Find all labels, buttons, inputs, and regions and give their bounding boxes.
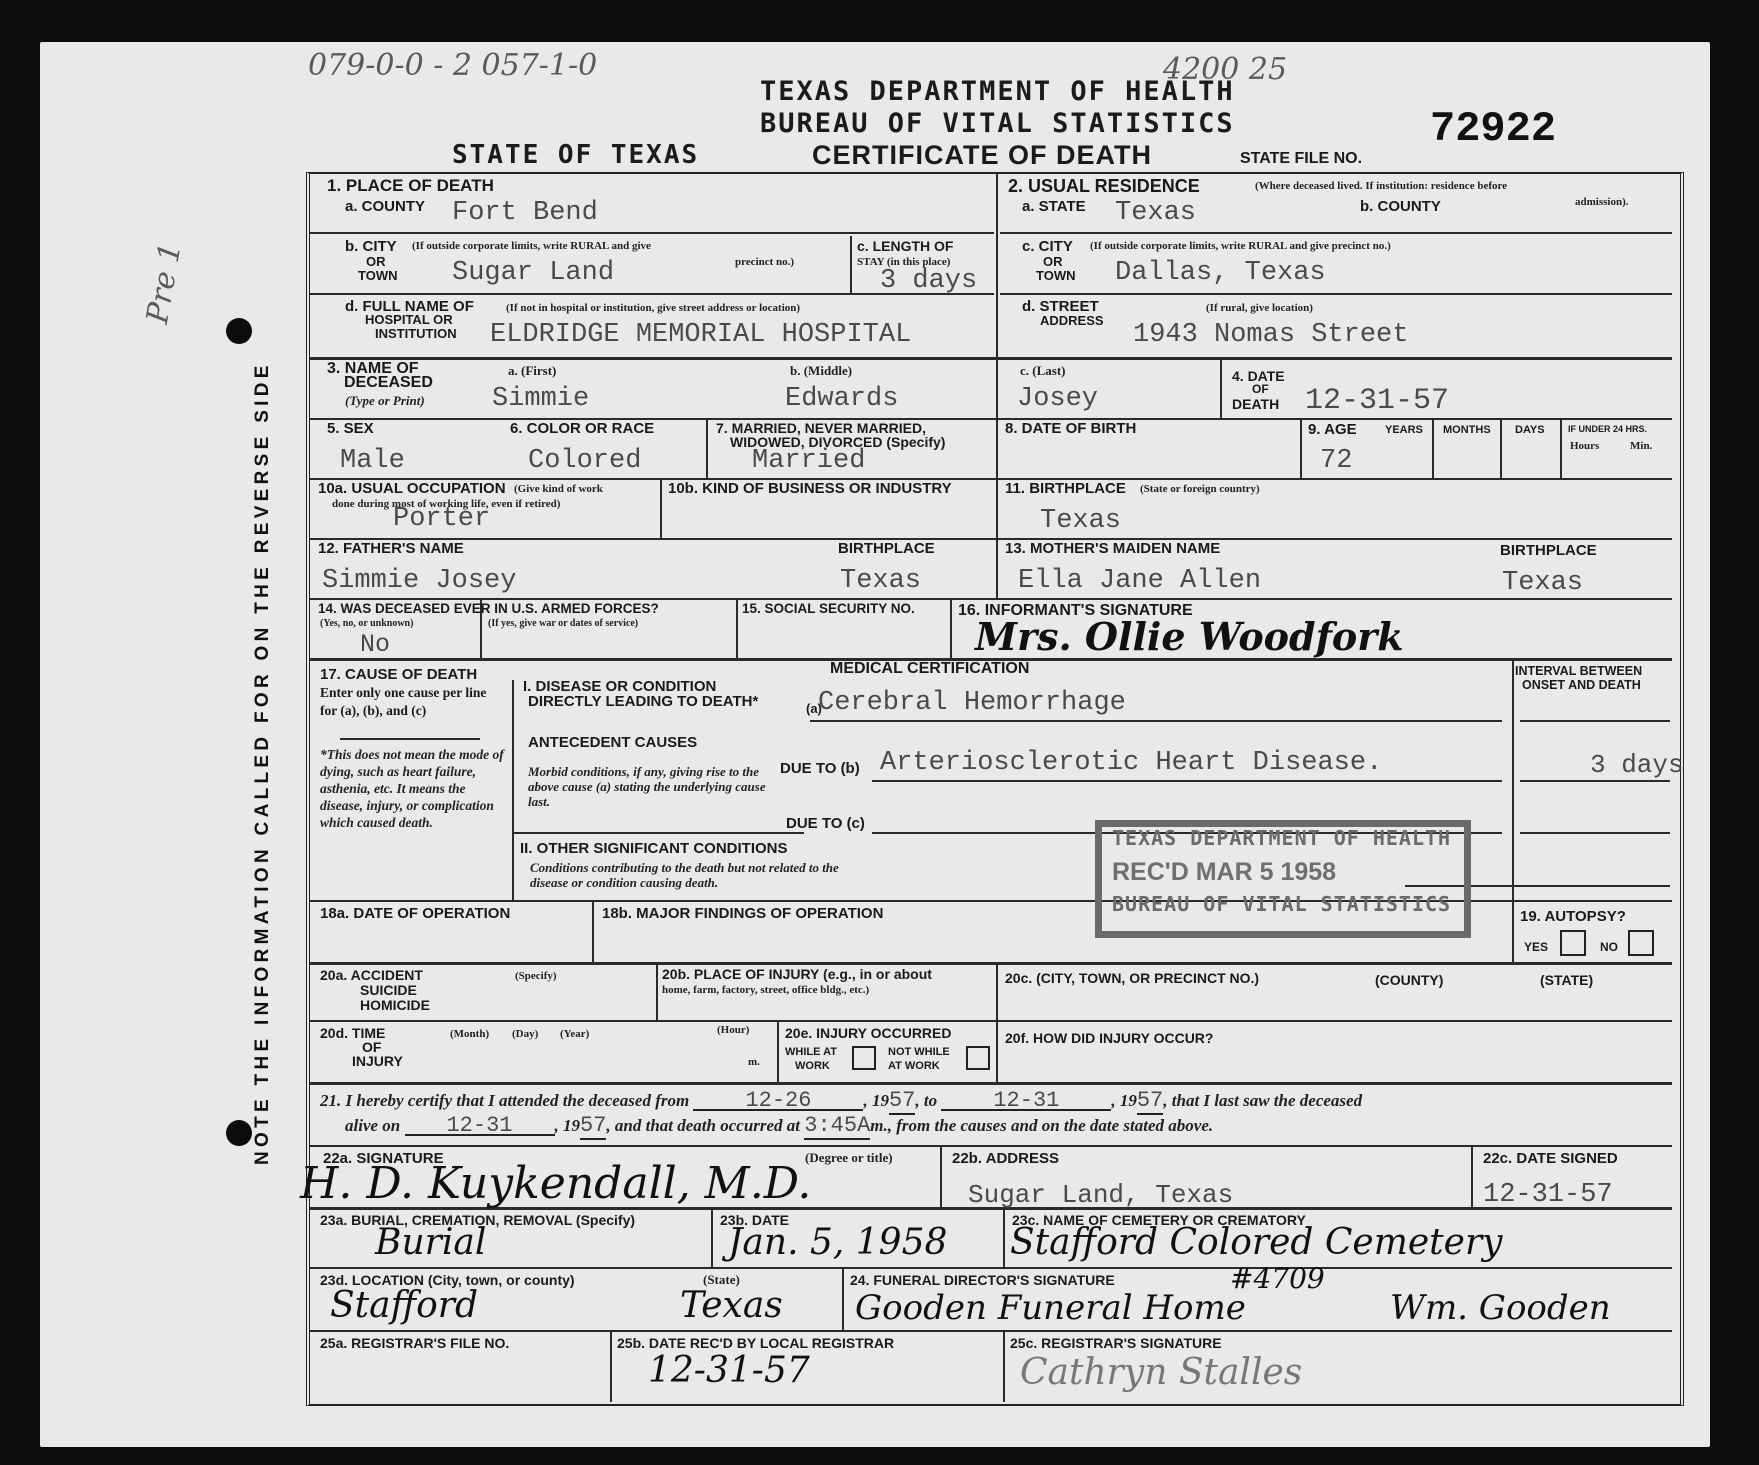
reverse-side-note: NOTE THE INFORMATION CALLED FOR ON THE R… [252,361,274,1165]
hospital-label-2: HOSPITAL OR [365,312,453,327]
degree-label: (Degree or title) [805,1150,893,1166]
armed-forces-label: 14. WAS DECEASED EVER IN U.S. ARMED FORC… [318,601,659,616]
first-name-field[interactable]: Simmie [492,384,589,414]
registrar-file-label: 25a. REGISTRAR'S FILE NO. [320,1335,509,1351]
armed-forces-field[interactable]: No [360,630,390,659]
interval-b-field[interactable]: 3 days [1590,750,1684,780]
mother-name-label: 13. MOTHER'S MAIDEN NAME [1005,540,1220,557]
header-state: STATE OF TEXAS [452,140,699,170]
first-name-label: a. (First) [508,363,556,379]
day-label: (Day) [512,1028,538,1040]
homicide-label: HOMICIDE [360,997,430,1013]
antecedent-note: Morbid conditions, if any, giving rise t… [528,764,778,809]
cause-footnote: *This does not mean the mode of dying, s… [320,746,505,831]
certify-line-1: 21. I hereby certify that I attended the… [320,1092,1362,1111]
informant-signature[interactable]: Mrs. Ollie Woodfork [975,614,1404,659]
res-state-field[interactable]: Texas [1115,198,1196,228]
city-note-2: precinct no.) [735,256,794,268]
hours-label: Hours [1570,440,1599,452]
while-at-work-label: WHILE AT [785,1046,837,1058]
armed-forces-note: (Yes, no, or unknown) [320,618,413,629]
accident-label: 20a. ACCIDENT [320,967,423,983]
usual-residence-note-2: admission). [1575,196,1629,208]
at-work-label: AT WORK [888,1060,940,1072]
m-label: m. [748,1056,760,1068]
suicide-label: SUICIDE [360,982,417,998]
autopsy-label: 19. AUTOPSY? [1520,908,1626,925]
last-name-field[interactable]: Josey [1017,384,1098,414]
town-label: TOWN [358,268,397,283]
age-years-field[interactable]: 72 [1320,446,1352,476]
mother-name-field[interactable]: Ella Jane Allen [1018,566,1261,596]
date-signed-label: 22c. DATE SIGNED [1483,1150,1618,1167]
funeral-director-signature[interactable]: Wm. Gooden [1390,1288,1611,1328]
place-of-death-heading: 1. PLACE OF DEATH [327,176,494,196]
not-while-at-work-label: NOT WHILE [888,1046,950,1058]
funeral-director-label: 24. FUNERAL DIRECTOR'S SIGNATURE [850,1272,1115,1288]
mother-birthplace-label: BIRTHPLACE [1500,542,1597,559]
last-seen-field[interactable]: 12-31 [405,1117,555,1136]
physician-address-field[interactable]: Sugar Land, Texas [968,1180,1233,1210]
registrar-signature-label: 25c. REGISTRAR'S SIGNATURE [1010,1335,1222,1351]
hospital-note: (If not in hospital or institution, give… [506,302,800,314]
header-department: TEXAS DEPARTMENT OF HEALTH [760,76,1235,107]
stamp-line-1: TEXAS DEPARTMENT OF HEALTH [1112,826,1451,850]
registrar-signature[interactable]: Cathryn Stalles [1020,1352,1302,1393]
under-24-label: IF UNDER 24 HRS. [1568,424,1647,434]
res-state-label: a. STATE [1022,198,1086,215]
operation-date-label: 18a. DATE OF OPERATION [320,905,510,922]
res-city-field[interactable]: Dallas, Texas [1115,258,1326,288]
years-label: YEARS [1385,424,1423,436]
cause-of-death-label: 17. CAUSE OF DEATH [320,666,477,683]
res-town-label: TOWN [1036,268,1075,283]
header-bureau: BUREAU OF VITAL STATISTICS [760,108,1235,139]
birthplace-field[interactable]: Texas [1040,506,1121,536]
certify-line-2: alive on 12-31, 1957, and that death occ… [345,1117,1213,1136]
other-conditions-label: II. OTHER SIGNIFICANT CONDITIONS [520,840,788,857]
interval-label: INTERVAL BETWEEN [1515,664,1642,678]
time-of-death-field[interactable]: 3:45A [804,1113,870,1140]
stamp-received-date: REC'D MAR 5 1958 [1112,858,1336,887]
burial-date-field[interactable]: Jan. 5, 1958 [728,1222,947,1263]
last-name-label: c. (Last) [1020,363,1066,379]
father-name-field[interactable]: Simmie Josey [322,566,516,596]
res-or-label: OR [1043,254,1063,269]
name-label-2: DECEASED [344,374,433,392]
res-county-label: b. COUNTY [1360,198,1441,215]
cause-c-label: DUE TO (c) [786,815,865,832]
marital-status-field[interactable]: Married [752,446,865,476]
handwritten-file-code: 079-0-0 - 2 057-1-0 [308,48,597,83]
punch-hole [226,1120,252,1146]
date-signed-field[interactable]: 12-31-57 [1483,1180,1613,1210]
year-label: (Year) [560,1028,589,1040]
county-label: a. COUNTY [345,198,425,215]
autopsy-yes-checkbox[interactable] [1560,930,1586,956]
month-label: (Month) [450,1028,489,1040]
cause-b-field[interactable]: Arteriosclerotic Heart Disease. [880,748,1382,778]
physician-address-label: 22b. ADDRESS [952,1150,1059,1167]
not-while-at-work-checkbox[interactable] [966,1046,990,1070]
race-field[interactable]: Colored [528,446,641,476]
armed-service-note: (If yes, give war or dates of service) [488,618,638,629]
cause-a-field[interactable]: Cerebral Hemorrhage [818,688,1126,718]
dod-label-3: DEATH [1232,396,1279,412]
attended-from-field[interactable]: 12-26 [693,1092,863,1111]
state-file-number: 72922 [1430,105,1556,153]
birthplace-note: (State or foreign country) [1140,483,1260,495]
death-county-field[interactable]: Fort Bend [452,198,598,228]
registrar-date-field[interactable]: 12-31-57 [648,1350,810,1391]
last-seen-year[interactable]: 57 [580,1113,606,1140]
race-label: 6. COLOR OR RACE [510,420,654,437]
antecedent-causes-label: ANTECEDENT CAUSES [528,734,697,751]
physician-signature[interactable]: H. D. Kuykendall, M.D. [300,1158,811,1209]
place-of-injury-note: home, farm, factory, street, office bldg… [662,984,869,996]
burial-state-field[interactable]: Texas [680,1285,783,1326]
how-injury-label: 20f. HOW DID INJURY OCCUR? [1005,1030,1213,1046]
cause-b-label: DUE TO (b) [780,760,860,777]
city-label: b. CITY [345,238,397,255]
res-city-label: c. CITY [1022,238,1073,255]
interval-label-2: ONSET AND DEATH [1522,678,1641,692]
death-city-field[interactable]: Sugar Land [452,258,614,288]
attended-to-year[interactable]: 57 [1137,1088,1163,1115]
date-of-death-field[interactable]: 12-31-57 [1305,384,1449,418]
occupation-field[interactable]: Porter [393,504,490,534]
dod-label-2: OF [1252,382,1269,396]
ssn-label: 15. SOCIAL SECURITY NO. [742,601,915,616]
punch-hole [226,318,252,344]
days-label: DAYS [1515,424,1545,436]
father-birthplace-label: BIRTHPLACE [838,540,935,557]
burial-type-field[interactable]: Burial [375,1222,486,1263]
specify-label: (Specify) [515,970,557,982]
stay-label: c. LENGTH OF [857,238,953,254]
while-at-work-checkbox[interactable] [852,1046,876,1070]
dob-label: 8. DATE OF BIRTH [1005,420,1136,437]
attended-to-field[interactable]: 12-31 [941,1092,1111,1111]
middle-name-label: b. (Middle) [790,363,852,379]
usual-residence-heading: 2. USUAL RESIDENCE [1008,176,1200,197]
hospital-label-3: INSTITUTION [375,326,457,341]
months-label: MONTHS [1443,424,1491,436]
autopsy-yes-label: YES [1524,940,1548,954]
hospital-field[interactable]: ELDRIDGE MEMORIAL HOSPITAL [490,320,911,350]
burial-location-field[interactable]: Stafford [330,1285,478,1326]
time-of-injury-label-3: INJURY [352,1053,403,1069]
injury-city-label: 20c. (CITY, TOWN, OR PRECINCT NO.) [1005,970,1259,986]
attended-from-year[interactable]: 57 [889,1088,915,1115]
occupation-note: (Give kind of work [514,483,603,495]
cause-note: Enter only one cause per line for (a), (… [320,684,505,720]
state-file-label: STATE FILE NO. [1240,150,1362,168]
middle-name-field[interactable]: Edwards [785,384,898,414]
birthplace-label: 11. BIRTHPLACE [1005,480,1126,497]
city-note: (If outside corporate limits, write RURA… [412,240,651,252]
autopsy-no-label: NO [1600,940,1618,954]
age-label: 9. AGE [1308,421,1357,438]
business-label: 10b. KIND OF BUSINESS OR INDUSTRY [668,480,952,497]
min-label: Min. [1630,440,1652,452]
street-address-field[interactable]: 1943 Nomas Street [1133,320,1408,350]
usual-residence-note: (Where deceased lived. If institution: r… [1255,180,1507,192]
sex-label: 5. SEX [327,420,374,437]
street-label-2: ADDRESS [1040,313,1104,328]
cemetery-field[interactable]: Stafford Colored Cemetery [1010,1222,1503,1263]
other-conditions-note: Conditions contributing to the death but… [530,860,870,890]
medical-certification-heading: MEDICAL CERTIFICATION [830,660,1029,678]
injury-occurred-label: 20e. INJURY OCCURRED [785,1025,952,1041]
name-label-3: (Type or Print) [345,392,425,409]
father-name-label: 12. FATHER'S NAME [318,540,464,557]
or-label: OR [366,254,386,269]
disease-label-2: DIRECTLY LEADING TO DEATH* [528,693,758,710]
operation-findings-label: 18b. MAJOR FINDINGS OF OPERATION [602,905,883,922]
occupation-label: 10a. USUAL OCCUPATION [318,480,506,497]
hour-label: (Hour) [717,1024,749,1036]
page-title: CERTIFICATE OF DEATH [812,140,1152,171]
father-birthplace-field[interactable]: Texas [840,566,921,596]
injury-state-label: (STATE) [1540,972,1593,988]
length-of-stay-field[interactable]: 3 days [880,266,977,296]
work-label: WORK [795,1060,830,1072]
registrar-date-label: 25b. DATE REC'D BY LOCAL REGISTRAR [617,1335,894,1351]
place-of-injury-label: 20b. PLACE OF INJURY (e.g., in or about [662,966,932,982]
injury-county-label: (COUNTY) [1375,972,1443,988]
street-note: (If rural, give location) [1206,302,1313,314]
mother-birthplace-field[interactable]: Texas [1502,568,1583,598]
res-city-note: (If outside corporate limits, write RURA… [1090,240,1391,252]
autopsy-no-checkbox[interactable] [1628,930,1654,956]
funeral-home-field[interactable]: Gooden Funeral Home [855,1288,1246,1328]
stamp-line-3: BUREAU OF VITAL STATISTICS [1112,892,1451,916]
sex-field[interactable]: Male [340,446,405,476]
